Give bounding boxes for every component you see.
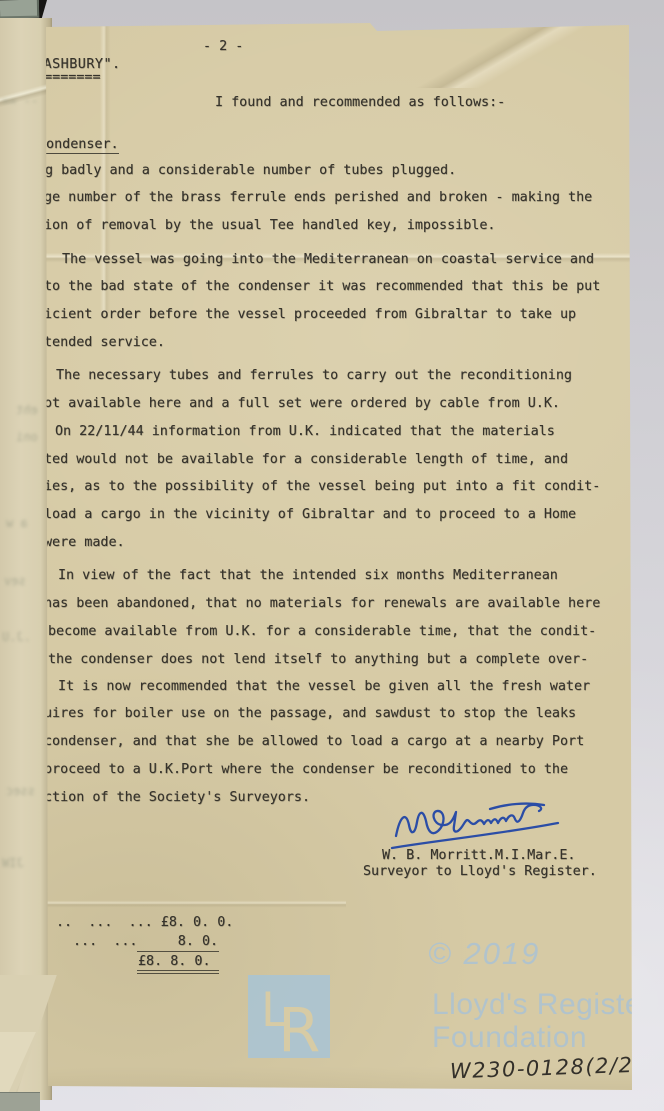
underlying-card-scrap [0,0,39,18]
scanned-document-page: -- == eht oni a w sev .J.U ssec JIW - 2 … [0,0,664,1111]
typed-line: ted would not be available for a conside… [44,452,568,467]
typed-line: tended service. [44,335,165,350]
bleed-through-mark: a w [6,516,28,530]
typed-line: ion of removal by the usual Tee handled … [44,218,495,233]
typed-line: icient order before the vessel proceeded… [44,307,576,322]
letter-page: - 2 - "ASHBURY". ========= I found and r… [0,0,664,1111]
watermark-org-name2: Foundation [432,1021,587,1055]
typed-line: become available from U.K. for a conside… [48,624,596,639]
watermark-org-name: Lloyd's Register [432,988,653,1022]
bleed-through-mark: oni [16,430,38,444]
figures-total: £8. 8. 0. [137,951,219,974]
signature-script [388,796,566,856]
underlying-card-scrap-bottom [0,1092,40,1111]
typed-line: The necessary tubes and ferrules to carr… [56,368,572,383]
signature-strokes [392,804,558,848]
figures-line-2: ... ... 8. 0. [73,934,218,949]
bleed-through-mark: ssec [6,784,35,798]
typed-line: ge number of the brass ferrule ends peri… [44,190,592,205]
signatory-name: W. B. Morritt.M.I.Mar.E. [382,848,575,863]
typed-line: ot available here and a full set were or… [44,396,560,411]
page-number: - 2 - [203,39,243,54]
typed-line: the condenser does not lend itself to an… [48,652,588,667]
typed-line: On 22/11/44 information from U.K. indica… [55,424,555,439]
intro-line: I found and recommended as follows:- [215,95,505,110]
typed-line: ction of the Society's Surveyors. [44,790,310,805]
bleed-through-mark: eht [16,403,38,417]
paper-crease [46,898,346,908]
typed-line: were made. [44,535,125,550]
lloyds-register-logo-icon: L R [248,975,330,1058]
typed-line: load a cargo in the vicinity of Gibralta… [44,507,576,522]
figures-line-1: .. ... ... £8. 0. 0. [56,915,233,930]
archive-reference-handwritten: W230-0128(2/2) [450,1053,644,1084]
watermark-copyright: © 2019 [428,936,540,972]
typed-line: It is now recommended that the vessel be… [58,679,590,694]
typed-line: ies, as to the possibility of the vessel… [44,479,600,494]
paper-crease [360,18,640,88]
typed-line: In view of the fact that the intended si… [58,568,558,583]
bleed-through-mark: sev [4,574,26,588]
signatory-title: Surveyor to Lloyd's Register. [363,864,597,879]
typed-line: has been abandoned, that no materials fo… [44,596,600,611]
underlying-page-edge: -- == eht oni a w sev .J.U ssec JIW [0,18,52,1100]
svg-text:R: R [278,995,320,1058]
typed-line: uires for boiler use on the passage, and… [44,706,576,721]
bleed-through-mark: -- == [2,94,38,108]
typed-line: g badly and a considerable number of tub… [45,163,456,178]
bleed-through-mark: .J.U [2,630,31,644]
bleed-through-mark: JIW [2,856,24,870]
typed-line: proceed to a U.K.Port where the condense… [44,762,568,777]
section-heading: Condenser. [38,137,119,154]
typed-line: to the bad state of the condenser it was… [44,279,600,294]
typed-line: The vessel was going into the Mediterran… [62,252,594,267]
typed-line: condenser, and that she be allowed to lo… [44,734,584,749]
